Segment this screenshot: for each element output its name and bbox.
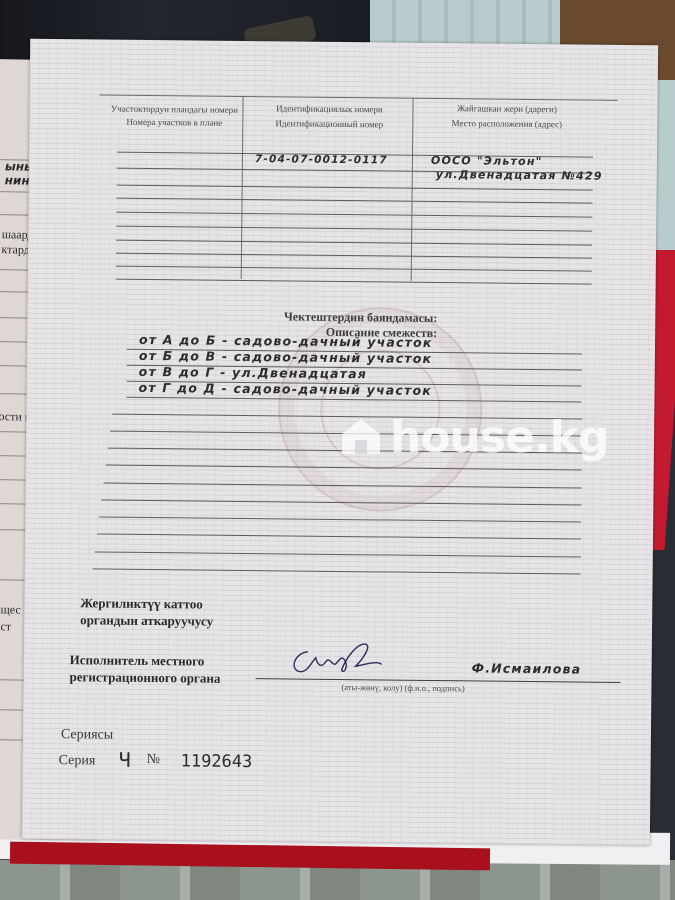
registrar-label-ru: Исполнитель местного регистрационного ор… (69, 651, 220, 687)
signature (286, 639, 406, 680)
adjacency-item: от Г до Д - садово-дачный участок (138, 380, 432, 398)
left-fragment: ест (0, 619, 11, 634)
location-value-line-1: ООСО "Эльтон" (431, 154, 543, 168)
registrar-name: Ф.Исмаилова (472, 660, 582, 676)
identification-number-value: 7-04-07-0012-0117 (255, 153, 388, 166)
number-sign: № (147, 752, 161, 768)
signature-caption: (аты-жөнү, колу) (ф.и.о., подпись) (341, 682, 464, 693)
column-header-identification-number: Идентификациялык номери Идентификационны… (249, 103, 409, 131)
serial-number: 1192643 (181, 751, 253, 772)
adjacency-item: от В до Г - ул.Двенадцатая (139, 364, 367, 381)
location-value-line-2: ул.Двенадцатая №429 (436, 168, 603, 183)
registrar-label-ky: Жергиликтүү каттоо органдын аткаруучусу (80, 594, 213, 629)
house-logo-icon (338, 416, 384, 456)
left-fragment: нин (5, 173, 30, 187)
adjacency-item: от Б до В - садово-дачный участок (139, 348, 433, 366)
series-label-ru: Серия (59, 753, 96, 769)
column-header-plan-numbers: Участоктордун пландагы номери Номера уча… (109, 104, 239, 129)
column-header-location: Жайгашкан жери (дареги) Место расположен… (424, 103, 589, 131)
left-fragment: ещес (0, 602, 21, 617)
series-label-ky: Сериясы (61, 727, 113, 744)
site-watermark: house.kg (338, 412, 608, 463)
series-letter: Ч (119, 748, 131, 772)
adjacency-item: от А до Б - садово-дачный участок (139, 332, 433, 350)
